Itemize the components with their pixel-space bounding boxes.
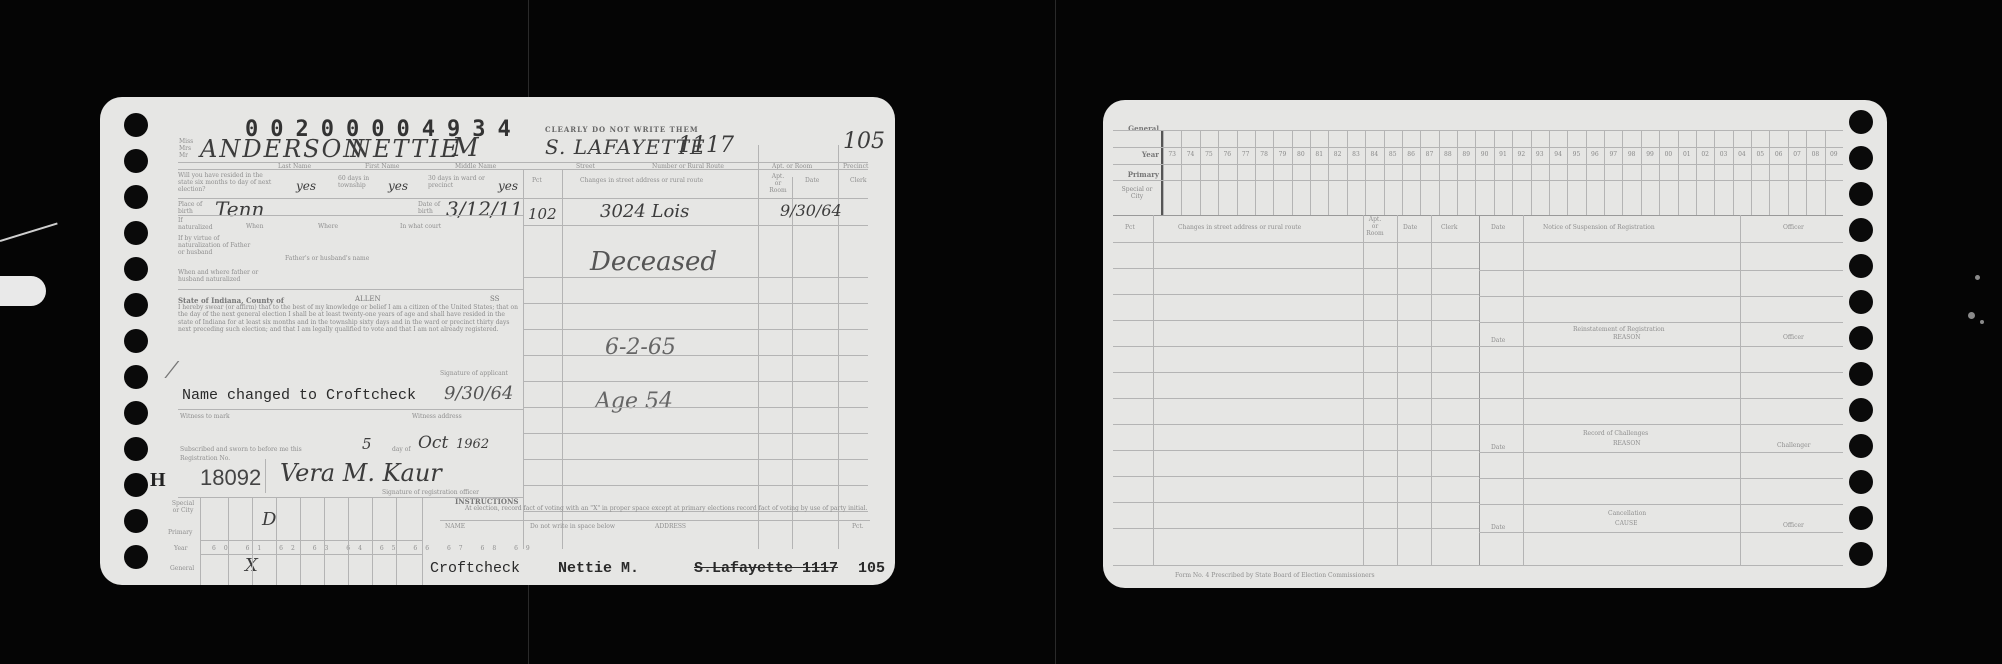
label-clerk: Clerk — [850, 177, 867, 184]
registration-letter: H — [150, 469, 166, 492]
punch-hole — [124, 509, 148, 533]
year-cell: 89 — [1457, 151, 1475, 158]
punch-hole — [1849, 290, 1873, 314]
change-entry-age: Age 54 — [595, 389, 673, 414]
film-scratch — [0, 223, 58, 242]
film-artifact — [0, 276, 46, 306]
label-subscribed: Subscribed and sworn to before me this — [180, 446, 302, 453]
primary-mark: D — [262, 509, 276, 530]
year-ticks: 60 61 62 63 64 65 66 67 68 69 — [212, 545, 538, 552]
punch-hole — [1849, 398, 1873, 422]
film-dust — [1968, 312, 1975, 319]
year-cell: 91 — [1494, 151, 1512, 158]
year-cell: 88 — [1439, 151, 1457, 158]
answer-township: yes — [388, 179, 408, 193]
label-date: Date — [805, 177, 819, 184]
row-label-primary: Primary — [1115, 170, 1159, 179]
change-entry-1-date: 9/30/64 — [780, 201, 842, 220]
footer-precinct: 105 — [858, 560, 885, 577]
year-cell: 73 — [1163, 151, 1181, 158]
title-prefix-mr: Mr — [179, 152, 188, 159]
sworn-day: 5 — [362, 435, 372, 453]
film-dust — [1980, 320, 1984, 324]
title-prefix-mrs: Mrs — [179, 145, 191, 152]
label-where: Where — [318, 223, 338, 230]
label-do-not-write: Do not write in space below — [530, 523, 615, 530]
label-father-name: Father's or husband's name — [285, 255, 369, 262]
label-when: When — [246, 223, 263, 230]
change-entry-1: 3024 Lois — [600, 201, 689, 222]
footer-last-name: Croftcheck — [430, 560, 520, 577]
label-naturalized: If naturalized — [178, 217, 208, 231]
reinstatement-officer-label: Officer — [1783, 334, 1804, 341]
oath-county: ALLEN — [355, 295, 381, 303]
change-entry-death-date: 6-2-65 — [605, 335, 676, 360]
punch-hole — [124, 365, 148, 389]
back-label-changes: Changes in street address or rural route — [1178, 224, 1301, 231]
first-name: NETTIE — [350, 135, 460, 163]
label-footer-address: ADDRESS — [655, 523, 686, 530]
oath-ss: SS — [490, 295, 499, 303]
row-label-year: Year — [1115, 150, 1159, 159]
year-cell: 86 — [1402, 151, 1420, 158]
punch-hole — [124, 473, 148, 497]
answer-state: yes — [296, 179, 316, 193]
year-cell: 85 — [1384, 151, 1402, 158]
punch-hole — [124, 257, 148, 281]
label-witness-address: Witness address — [412, 413, 462, 420]
house-number: 1117 — [678, 133, 734, 158]
year-cell: 98 — [1622, 151, 1640, 158]
label-signature-officer: Signature of registration officer — [382, 489, 479, 496]
reinstatement-reason-label: REASON — [1613, 334, 1641, 341]
registration-number: 18092 — [200, 465, 261, 491]
sworn-month: Oct — [418, 433, 448, 453]
year-cell: 79 — [1273, 151, 1291, 158]
punch-hole — [124, 437, 148, 461]
year-cell: 93 — [1531, 151, 1549, 158]
label-special-city: Special or City — [168, 500, 198, 514]
officer-signature: Vera M. Kaur — [280, 459, 442, 487]
year-cell: 96 — [1586, 151, 1604, 158]
label-place-of-birth: Place of birth — [178, 201, 206, 215]
year-cell: 94 — [1549, 151, 1567, 158]
year-cell: 04 — [1733, 151, 1751, 158]
year-cell: 87 — [1420, 151, 1438, 158]
back-label-date: Date — [1403, 224, 1417, 231]
year-cell: 05 — [1751, 151, 1769, 158]
name-change-note: Name changed to Croftcheck — [182, 387, 416, 404]
year-cell: 99 — [1641, 151, 1659, 158]
last-name: ANDERSON — [200, 135, 366, 163]
pct-value: 102 — [528, 205, 557, 223]
label-father-husband: If by virtue of naturalization of Father… — [178, 235, 258, 256]
year-grid: 7374757677787980818283848586878889909192… — [1163, 130, 1843, 215]
year-cell: 83 — [1347, 151, 1365, 158]
year-cell: 08 — [1806, 151, 1824, 158]
year-cell: 82 — [1328, 151, 1346, 158]
label-general: General — [170, 565, 194, 572]
form-footer: Form No. 4 Prescribed by State Board of … — [1175, 572, 1375, 579]
reinstatement-title: Reinstatement of Registration — [1573, 326, 1665, 333]
year-cell: 06 — [1769, 151, 1787, 158]
label-q-ward: 30 days in ward or precinct — [428, 175, 488, 189]
year-cell: 84 — [1365, 151, 1383, 158]
label-registration-no: Registration No. — [180, 455, 230, 462]
label-primary: Primary — [168, 529, 192, 536]
back-label-apt: Apt. or Room — [1365, 216, 1385, 237]
answer-ward: yes — [498, 179, 518, 193]
label-when-where: When and where father or husband natural… — [178, 269, 278, 283]
challenge-reason-label: REASON — [1613, 440, 1641, 447]
label-apt-room-col: Apt. or Room — [768, 173, 788, 194]
punch-hole — [124, 149, 148, 173]
punch-hole — [1849, 326, 1873, 350]
back-label-pct: Pct — [1125, 224, 1135, 231]
precinct-number: 105 — [843, 129, 885, 154]
punch-hole — [124, 329, 148, 353]
punch-hole — [1849, 434, 1873, 458]
year-cell: 92 — [1512, 151, 1530, 158]
middle-name: M — [452, 133, 479, 163]
label-pct: Pct — [532, 177, 542, 184]
punch-hole — [124, 221, 148, 245]
label-footer-pct: Pct. — [852, 523, 864, 530]
punch-hole — [124, 545, 148, 569]
punch-hole — [124, 113, 148, 137]
year-cell: 75 — [1200, 151, 1218, 158]
year-cell: 76 — [1218, 151, 1236, 158]
year-cell: 77 — [1237, 151, 1255, 158]
suspension-title: Notice of Suspension of Registration — [1543, 224, 1655, 231]
punch-hole — [1849, 146, 1873, 170]
suspension-officer-label: Officer — [1783, 224, 1804, 231]
label-in-what-court: In what court — [400, 223, 441, 230]
punch-hole — [1849, 110, 1873, 134]
year-cell: 07 — [1788, 151, 1806, 158]
film-fold-line — [1055, 0, 1056, 664]
year-cell: 00 — [1659, 151, 1677, 158]
place-of-birth: Tenn — [215, 197, 264, 221]
title-prefix-miss: Miss — [179, 138, 193, 145]
cancellation-date-label: Date — [1491, 524, 1505, 531]
back-label-clerk: Clerk — [1441, 224, 1458, 231]
year-cell: 81 — [1310, 151, 1328, 158]
punch-hole — [124, 401, 148, 425]
cancellation-cause-label: CAUSE — [1615, 520, 1637, 527]
year-cell: 90 — [1475, 151, 1493, 158]
footer-first-name: Nettie M. — [558, 560, 639, 577]
punch-hole — [1849, 470, 1873, 494]
name-change-date: 9/30/64 — [444, 383, 513, 404]
year-cell: 78 — [1255, 151, 1273, 158]
label-signature-applicant: Signature of applicant — [440, 370, 508, 377]
registration-card-back: General Year Primary Special or City 737… — [1103, 100, 1887, 588]
applicant-signature-mark: ⁄ — [170, 359, 174, 384]
challenge-challenger-label: Challenger — [1777, 442, 1811, 449]
registration-card-front: 00200004934 CLEARLY DO NOT WRITE THEM Mi… — [100, 97, 895, 585]
label-year: Year — [174, 545, 187, 552]
year-cell: 74 — [1181, 151, 1199, 158]
cancellation-officer-label: Officer — [1783, 522, 1804, 529]
label-changes: Changes in street address or rural route — [580, 177, 703, 184]
year-cell: 80 — [1292, 151, 1310, 158]
year-cell: 01 — [1678, 151, 1696, 158]
year-cell: 09 — [1825, 151, 1843, 158]
punch-hole — [1849, 218, 1873, 242]
year-cell: 03 — [1714, 151, 1732, 158]
date-of-birth: 3/12/11 — [446, 197, 523, 221]
label-date-of-birth: Date of birth — [418, 201, 446, 215]
label-day-of: day of — [392, 446, 411, 453]
header-instruction: CLEARLY DO NOT WRITE THEM — [545, 125, 699, 134]
punch-hole — [1849, 506, 1873, 530]
challenge-title: Record of Challenges — [1583, 430, 1648, 437]
year-cell: 02 — [1696, 151, 1714, 158]
punch-hole — [1849, 542, 1873, 566]
punch-hole — [124, 293, 148, 317]
challenge-date-label: Date — [1491, 444, 1505, 451]
instructions-text: At election, record fact of voting with … — [465, 505, 875, 512]
cancellation-title: Cancellation — [1608, 510, 1646, 517]
film-dust — [1975, 275, 1980, 280]
suspension-date-label: Date — [1491, 224, 1505, 231]
sworn-year: 1962 — [456, 437, 489, 452]
footer-address-struck: S.Lafayette 1117 — [694, 560, 838, 577]
year-cell: 95 — [1567, 151, 1585, 158]
year-cell: 97 — [1604, 151, 1622, 158]
label-witness-mark: Witness to mark — [180, 413, 230, 420]
punch-hole — [1849, 254, 1873, 278]
punch-hole — [1849, 182, 1873, 206]
label-footer-name: NAME — [445, 523, 465, 530]
row-label-special-city: Special or City — [1115, 186, 1159, 200]
row-label-general: General — [1115, 124, 1159, 133]
label-q-state: Will you have resided in the state six m… — [178, 172, 278, 193]
label-q-township: 60 days in township — [338, 175, 388, 189]
punch-hole — [1849, 362, 1873, 386]
change-entry-deceased: Deceased — [590, 247, 717, 277]
oath-text: I hereby swear (or affirm) that to the b… — [178, 304, 520, 334]
punch-hole — [124, 185, 148, 209]
reinstatement-date-label: Date — [1491, 337, 1505, 344]
